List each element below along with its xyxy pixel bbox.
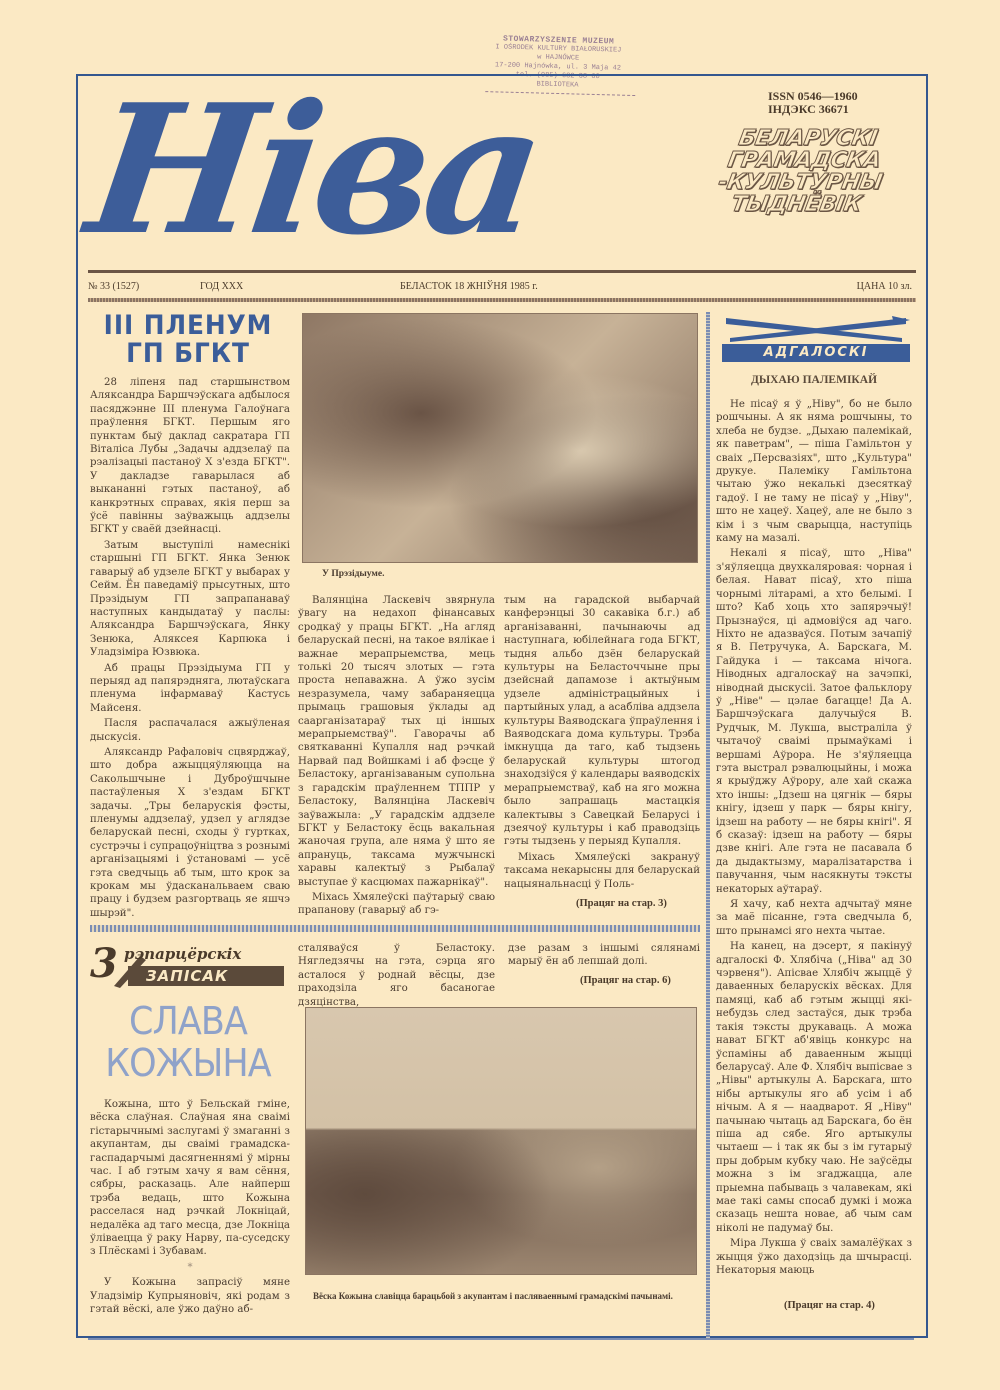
- kozhyna-column-2: сталяваўся ў Беластоку. Нягледзячы на гэ…: [298, 942, 495, 1011]
- paragraph: Валянціна Ласкевіч звярнула ўвагу на нед…: [298, 594, 495, 889]
- masthead-title: Ніва: [78, 70, 550, 270]
- paragraph: Затым выступілі намеснікі старшыні ГП БГ…: [90, 539, 290, 660]
- paragraph: На канец, на дэсерт, я пакінуў адгалоскі…: [716, 940, 912, 1235]
- continued-on-page-3[interactable]: (Працяг на стар. 3): [576, 898, 667, 909]
- plenum-headline: III ПЛЕНУМ ГП БГКТ: [96, 312, 280, 368]
- paragraph: Я хачу, каб нехта адчытаў мяне за маё пі…: [716, 898, 912, 938]
- tagline-line: -КУЛЬТУРНЫ: [698, 172, 902, 194]
- issue-year: ГОД XXX: [200, 281, 243, 292]
- rubric-band-text: ЗАПІСАК: [128, 966, 284, 986]
- tagline-line: ТЫДНЁВІК: [694, 194, 898, 216]
- asterisk-separator: *: [90, 1261, 290, 1274]
- paragraph: Пасля распачалася ажыўленая дыскусія.: [90, 717, 290, 744]
- paragraph: Кожына, што ў Бельскай гміне, вёска слаў…: [90, 1098, 290, 1259]
- plenum-column-3: тым на гарадской выбарчай канферэнцыі 30…: [504, 594, 700, 893]
- paragraph: Аляксандр Рафаловіч сцвярджаў, што добра…: [90, 746, 290, 920]
- paragraph: Некалі я пісаў, што „Ніва" з'яўляецца дв…: [716, 547, 912, 896]
- polemic-column: Не пісаў я ў „Ніву", бо не было рошчыны.…: [716, 398, 912, 1279]
- index-number: ІНДЭКС 36671: [768, 103, 858, 116]
- paragraph: сталяваўся ў Беластоку. Нягледзячы на гэ…: [298, 942, 495, 1009]
- column-divider: [706, 312, 710, 1340]
- photo-caption: У Прэзідыуме.: [322, 568, 385, 580]
- info-bar-rule: [88, 298, 916, 302]
- issn-block: ISSN 0546—1960 ІНДЭКС 36671: [768, 90, 858, 116]
- headline-line: ГП БГКТ: [96, 340, 280, 368]
- crossed-pens-icon: [722, 314, 910, 346]
- rubric-title: АДГАЛОСКІ: [722, 344, 910, 362]
- tagline-line: ГРАМАДСКА: [702, 150, 906, 172]
- headline-line: КОЖЫНА: [96, 1042, 280, 1084]
- paragraph: 28 ліпеня пад старшынством Аляксандра Ба…: [90, 376, 290, 537]
- bottom-rule: [88, 1338, 914, 1340]
- paragraph: дзе разам з іншымі сялянамі марыў ён аб …: [508, 942, 700, 969]
- paragraph: Міхась Хмялеўскі паўтарыў сваю прапанову…: [298, 891, 495, 918]
- village-photo: [305, 1007, 697, 1275]
- continued-on-page-4[interactable]: (Працяг на стар. 4): [784, 1300, 875, 1311]
- rubric-top-text: рэпарцёрскіх: [124, 945, 241, 963]
- headline-line: III ПЛЕНУМ: [96, 312, 280, 340]
- paragraph: Міхась Хмялеўскі закрануў таксама некары…: [504, 851, 700, 891]
- issue-price: ЦАНА 10 зл.: [857, 281, 912, 292]
- issue-number: № 33 (1527): [88, 281, 139, 292]
- kozhyna-headline: СЛАВА КОЖЫНА: [96, 1000, 280, 1084]
- tagline-line: БЕЛАРУСКІ: [706, 128, 910, 150]
- kozhyna-column-1: Кожына, што ў Бельскай гміне, вёска слаў…: [90, 1098, 290, 1319]
- newspaper-page: STOWARZYSZENIE MUZEUM I OŚRODEK KULTURY …: [0, 0, 1000, 1390]
- plenum-column-2: Валянціна Ласкевіч звярнула ўвагу на нед…: [298, 594, 495, 920]
- reporter-notes-rubric-logo: 3 рэпарцёрскіх ЗАПІСАК: [88, 940, 288, 996]
- paragraph: Не пісаў я ў „Ніву", бо не было рошчыны.…: [716, 398, 912, 545]
- masthead-tagline: БЕЛАРУСКІ ГРАМАДСКА -КУЛЬТУРНЫ ТЫДНЁВІК: [694, 128, 910, 216]
- paragraph: тым на гарадской выбарчай канферэнцыі 30…: [504, 594, 700, 849]
- paragraph: Аб працы Прэзідыума ГП у перыяд ад папяр…: [90, 662, 290, 716]
- adhaloski-rubric-logo: АДГАЛОСКІ: [722, 314, 910, 366]
- kozhyna-column-3: дзе разам з іншымі сялянамі марыў ён аб …: [508, 942, 700, 971]
- photo-caption: Вёска Кожына славіцца барацьбой з акупан…: [313, 1290, 698, 1302]
- presidium-photo: [302, 313, 698, 563]
- paragraph: У Кожына запрасіў мяне Уладзімір Купрыян…: [90, 1276, 290, 1316]
- paragraph: Міра Лукша ў сваіх замалёўках з жыцця ўж…: [716, 1237, 912, 1277]
- issue-info-bar: № 33 (1527) ГОД XXX БЕЛАСТОК 18 ЖНІЎНЯ 1…: [88, 279, 916, 295]
- headline-line: СЛАВА: [96, 1000, 280, 1042]
- continued-on-page-6[interactable]: (Працяг на стар. 6): [580, 975, 671, 986]
- plenum-column-1: 28 ліпеня пад старшынством Аляксандра Ба…: [90, 376, 290, 922]
- issue-date: БЕЛАСТОК 18 ЖНІЎНЯ 1985 г.: [400, 281, 538, 292]
- masthead-rule: [88, 270, 916, 273]
- polemic-headline: ДЫХАЮ ПАЛЕМІКАЙ: [716, 374, 912, 386]
- section-divider: [90, 925, 700, 932]
